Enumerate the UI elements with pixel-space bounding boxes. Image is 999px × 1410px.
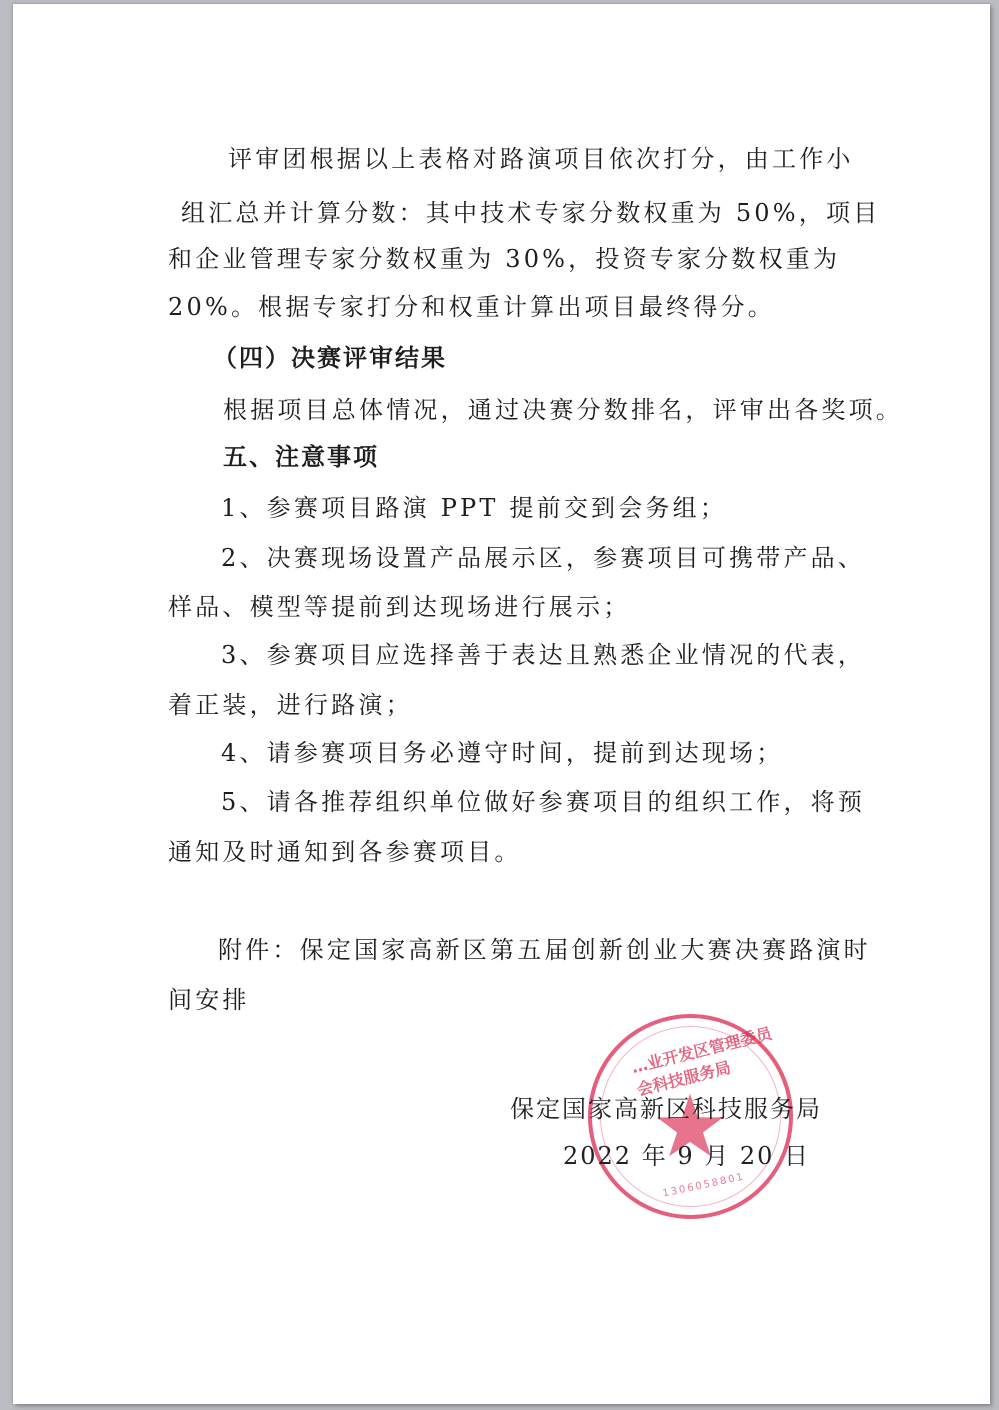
signature-organization: 保定国家高新区科技服务局 [510,1089,822,1124]
note-item-2: 2、决赛现场设置产品展示区，参赛项目可携带产品、 [221,543,865,573]
paragraph-line: 和企业管理专家分数权重为 30%，投资专家分数权重为 [168,244,840,274]
paragraph-line: 根据项目总体情况，通过决赛分数排名，评审出各奖项。 [223,395,903,425]
note-item-5: 5、请各推荐组织单位做好参赛项目的组织工作，将预 [221,787,865,817]
note-item-5-cont: 通知及时通知到各参赛项目。 [168,837,522,867]
paragraph-line: 评审团根据以上表格对路演项目依次打分，由工作小 [228,144,854,174]
note-item-3: 3、参赛项目应选择善于表达且熟悉企业情况的代表， [221,640,865,670]
attachment-line: 附件：保定国家高新区第五届创新创业大赛决赛路演时 [218,935,871,965]
paragraph-line: 20%。根据专家打分和权重计算出项目最终得分。 [168,292,775,322]
signature-date: 2022 年 9 月 20 日 [563,1136,810,1171]
note-item-4: 4、请参赛项目务必遵守时间，提前到达现场； [221,738,783,768]
section-heading-results: （四）决赛评审结果 [213,343,447,373]
attachment-line-cont: 间安排 [168,985,250,1015]
note-item-2-cont: 样品、模型等提前到达现场进行展示； [168,592,630,622]
section-heading-notes: 五、注意事项 [223,442,379,472]
note-item-3-cont: 着正装，进行路演； [168,690,413,720]
paragraph-line: 组汇总并计算分数：其中技术专家分数权重为 50%，项目 [181,198,880,228]
note-item-1: 1、参赛项目路演 PPT 提前交到会务组； [221,493,727,523]
document-page: 评审团根据以上表格对路演项目依次打分，由工作小 组汇总并计算分数：其中技术专家分… [13,4,990,1404]
